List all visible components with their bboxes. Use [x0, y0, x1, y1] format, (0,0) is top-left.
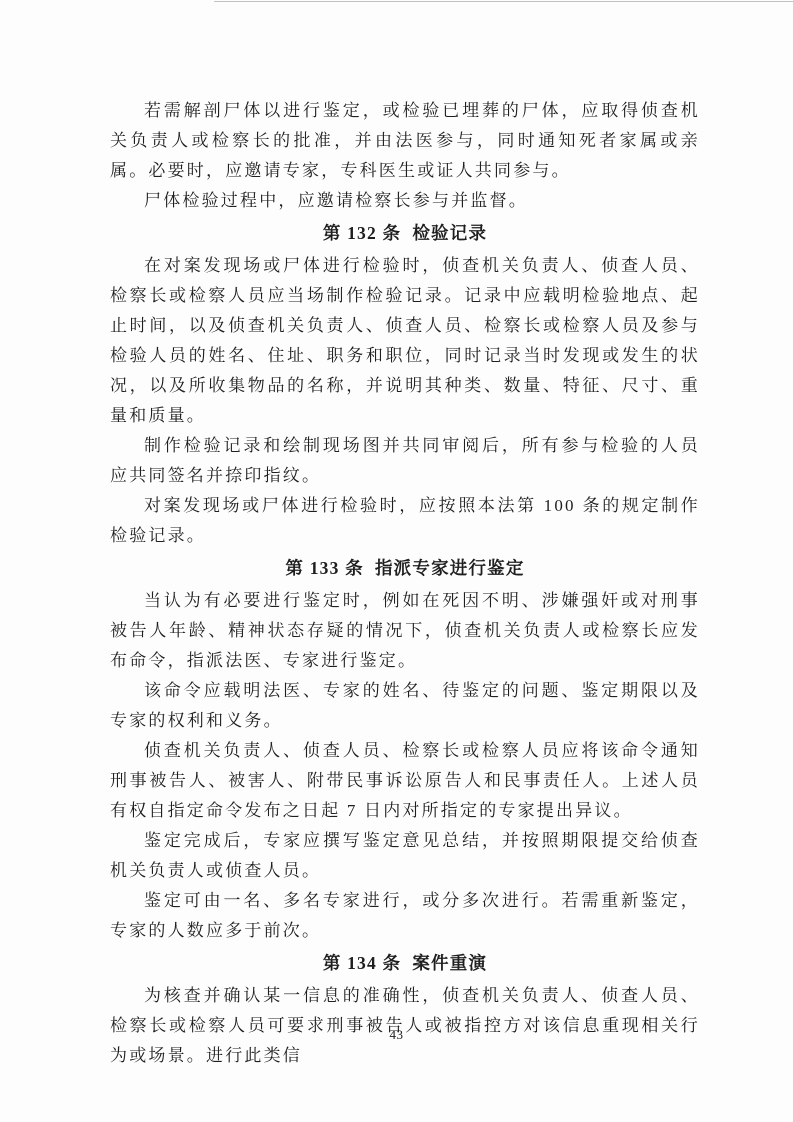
body-paragraph: 侦查机关负责人、侦查人员、检察长或检察人员应将该命令通知刑事被告人、被害人、附带… [110, 736, 700, 826]
page-footer: 43 [0, 1026, 793, 1044]
article-heading: 第 132 条 检验记录 [110, 218, 700, 249]
body-paragraph: 若需解剖尸体以进行鉴定，或检验已埋葬的尸体，应取得侦查机关负责人或检察长的批准，… [110, 96, 700, 186]
article-heading: 第 133 条 指派专家进行鉴定 [110, 553, 700, 584]
page-number: 43 [390, 1027, 404, 1042]
body-paragraph: 尸体检验过程中，应邀请检察长参与并监督。 [110, 186, 700, 216]
article-heading: 第 134 条 案件重演 [110, 948, 700, 979]
body-paragraph: 鉴定可由一名、多名专家进行，或分多次进行。若需重新鉴定，专家的人数应多于前次。 [110, 886, 700, 946]
document-content: 若需解剖尸体以进行鉴定，或检验已埋葬的尸体，应取得侦查机关负责人或检察长的批准，… [110, 96, 700, 1071]
body-paragraph: 对案发现场或尸体进行检验时，应按照本法第 100 条的规定制作检验记录。 [110, 491, 700, 551]
body-paragraph: 在对案发现场或尸体进行检验时，侦查机关负责人、侦查人员、检察长或检察人员应当场制… [110, 251, 700, 431]
scan-artifact-line [214, 1, 793, 2]
body-paragraph: 该命令应载明法医、专家的姓名、待鉴定的问题、鉴定期限以及专家的权利和义务。 [110, 676, 700, 736]
body-paragraph: 制作检验记录和绘制现场图并共同审阅后，所有参与检验的人员应共同签名并捺印指纹。 [110, 431, 700, 491]
body-paragraph: 当认为有必要进行鉴定时，例如在死因不明、涉嫌强奸或对刑事被告人年龄、精神状态存疑… [110, 586, 700, 676]
body-paragraph: 鉴定完成后，专家应撰写鉴定意见总结，并按照期限提交给侦查机关负责人或侦查人员。 [110, 826, 700, 886]
